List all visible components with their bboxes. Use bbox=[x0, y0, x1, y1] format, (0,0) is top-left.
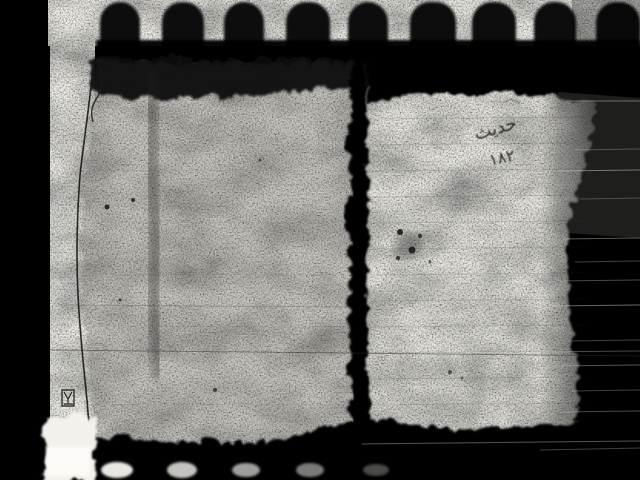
sprocket-hole bbox=[363, 464, 389, 476]
fold-shadow-streak bbox=[149, 68, 158, 378]
stain-blob bbox=[394, 234, 422, 258]
sprocket-hole bbox=[296, 463, 324, 477]
ink-speck bbox=[213, 388, 217, 392]
sprocket-hole bbox=[167, 462, 197, 478]
ink-speck bbox=[409, 247, 416, 254]
ink-speck bbox=[418, 234, 422, 238]
microfilm-scan: حديث ١٨٢ bbox=[0, 0, 640, 480]
ink-speck bbox=[429, 261, 432, 264]
sprocket-hole bbox=[101, 462, 133, 478]
ink-speck bbox=[396, 256, 400, 260]
gray-wedge bbox=[552, 92, 640, 238]
sprocket-hole bbox=[232, 463, 260, 477]
ink-speck bbox=[119, 299, 122, 302]
microfilm-frame: حديث ١٨٢ bbox=[0, 0, 640, 480]
ink-speck bbox=[259, 159, 262, 162]
ink-speck bbox=[448, 370, 452, 374]
ink-speck bbox=[397, 229, 403, 235]
corner-light-leak-bright bbox=[46, 446, 90, 476]
ink-speck bbox=[131, 198, 135, 202]
right-margin bbox=[540, 46, 640, 470]
band-right-dim bbox=[572, 0, 640, 46]
ink-speck bbox=[105, 205, 110, 210]
ink-speck bbox=[461, 377, 464, 380]
